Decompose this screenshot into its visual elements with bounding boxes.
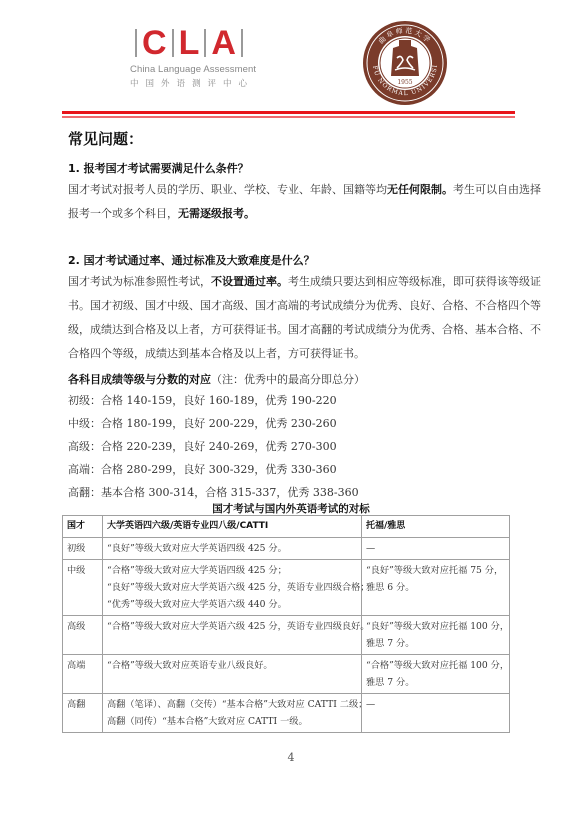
answer-2-line-4: 合格四个等级，成绩达到基本合格及以上者，方可获得证书。 bbox=[68, 342, 518, 366]
header-cell: 大学英语四六级/英语专业四八级/CATTI bbox=[103, 516, 362, 538]
score-line-high-end: 高端：合格 280-299，良好 300-329，优秀 330-360 bbox=[68, 461, 337, 477]
cet-cell: 高翻（笔译）、高翻（交传）“基本合格”大致对应 CATTI 二级； 高翻（同传）… bbox=[103, 694, 362, 733]
svg-text:1955: 1955 bbox=[397, 79, 412, 86]
answer-2-line-2: 书。国才初级、国才中级、国才高级、国才高端的考试成绩分为优秀、良好、合格、不合格… bbox=[68, 294, 518, 318]
page-number: 4 bbox=[0, 751, 582, 764]
logo-divider bbox=[204, 29, 206, 57]
cell-text: 高翻（同传）“基本合格”大致对应 CATTI 一级。 bbox=[107, 713, 357, 730]
cla-logo: C L A China Language Assessment 中国外语测评中心 bbox=[130, 26, 270, 96]
table-row: 高翻 高翻（笔译）、高翻（交传）“基本合格”大致对应 CATTI 二级； 高翻（… bbox=[63, 694, 510, 733]
cell-text: 雅思 7 分。 bbox=[366, 635, 505, 652]
answer-2-line-1: 国才考试为标准参照性考试，不设置通过率。考生成绩只要达到相应等级标准，即可获得该… bbox=[68, 270, 518, 294]
cell-text: — bbox=[366, 540, 505, 557]
logo-letter-c: C bbox=[142, 26, 167, 60]
level-cell: 初级 bbox=[63, 538, 103, 560]
table-header-row: 国才 大学英语四六级/英语专业四八级/CATTI 托福/雅思 bbox=[63, 516, 510, 538]
text: 考生成绩只要达到相应等级标准，即可获得该等级证 bbox=[288, 275, 541, 288]
level-cell: 高翻 bbox=[63, 694, 103, 733]
answer-2: 国才考试为标准参照性考试，不设置通过率。考生成绩只要达到相应等级标准，即可获得该… bbox=[68, 270, 518, 366]
cell-text: “良好”等级大致对应大学英语四级 425 分。 bbox=[107, 540, 357, 557]
cell-text: “合格”等级大致对应英语专业八级良好。 bbox=[107, 657, 357, 674]
toefl-cell: “良好”等级大致对应托福 75 分， 雅思 6 分。 bbox=[362, 560, 510, 616]
question-1: 1. 报考国才考试需要满足什么条件？ bbox=[68, 160, 249, 176]
header-cell: 国才 bbox=[63, 516, 103, 538]
header-cell: 托福/雅思 bbox=[362, 516, 510, 538]
toefl-cell: — bbox=[362, 538, 510, 560]
level-cell: 高级 bbox=[63, 616, 103, 655]
cell-text: — bbox=[366, 696, 505, 713]
answer-1-line-2: 报考一个或多个科目，无需逐级报考。 bbox=[68, 202, 518, 226]
logo-divider bbox=[172, 29, 174, 57]
score-heading: 各科目成绩等级与分数的对应（注：优秀中的最高分即总分） bbox=[68, 368, 365, 387]
logo-letter-l: L bbox=[179, 26, 200, 60]
cell-text: 高翻（笔译）、高翻（交传）“基本合格”大致对应 CATTI 二级； bbox=[107, 696, 357, 713]
question-2: 2. 国才考试通过率、通过标准及大致难度是什么？ bbox=[68, 252, 315, 268]
cet-cell: “合格”等级大致对应大学英语六级 425 分，英语专业四级良好。 bbox=[103, 616, 362, 655]
toefl-cell: “合格”等级大致对应托福 100 分， 雅思 7 分。 bbox=[362, 655, 510, 694]
score-line-intermediate: 中级：合格 180-199，良好 200-229，优秀 230-260 bbox=[68, 415, 337, 431]
cell-text: 雅思 7 分。 bbox=[366, 674, 505, 691]
toefl-cell: “良好”等级大致对应托福 100 分， 雅思 7 分。 bbox=[362, 616, 510, 655]
logo-letter-a: A bbox=[211, 26, 236, 60]
cet-cell: “合格”等级大致对应大学英语四级 425 分； “良好”等级大致对应大学英语六级… bbox=[103, 560, 362, 616]
toefl-cell: — bbox=[362, 694, 510, 733]
cell-text: 雅思 6 分。 bbox=[366, 579, 505, 596]
page-title: 常见问题： bbox=[68, 128, 143, 149]
score-line-interpreting: 高翻：基本合格 300-314，合格 315-337，优秀 338-360 bbox=[68, 484, 359, 500]
logo-subtitle-cn: 中国外语测评中心 bbox=[130, 77, 270, 89]
score-heading-text: 各科目成绩等级与分数的对应 bbox=[68, 373, 211, 386]
text: 国才考试为标准参照性考试， bbox=[68, 275, 211, 288]
header-rule bbox=[62, 111, 515, 114]
table-title: 国才考试与国内外英语考试的对标 bbox=[0, 501, 582, 516]
cell-text: “良好”等级大致对应大学英语六级 425 分，英语专业四级合格； bbox=[107, 579, 357, 596]
score-line-advanced: 高级：合格 220-239，良好 240-269，优秀 270-300 bbox=[68, 438, 337, 454]
logo-divider bbox=[135, 29, 137, 57]
score-heading-note: （注：优秀中的最高分即总分） bbox=[211, 373, 365, 386]
cell-text: “合格”等级大致对应大学英语六级 425 分，英语专业四级良好。 bbox=[107, 618, 357, 635]
table-row: 初级 “良好”等级大致对应大学英语四级 425 分。 — bbox=[63, 538, 510, 560]
table-row: 高端 “合格”等级大致对应英语专业八级良好。 “合格”等级大致对应托福 100 … bbox=[63, 655, 510, 694]
text: 国才考试对报考人员的学历、职业、学校、专业、年龄、国籍等均 bbox=[68, 183, 387, 196]
university-seal-icon: 1955 QUFU NORMAL UNIVERSITY 曲阜师范大学 bbox=[359, 20, 451, 106]
table-row: 中级 “合格”等级大致对应大学英语四级 425 分； “良好”等级大致对应大学英… bbox=[63, 560, 510, 616]
level-cell: 高端 bbox=[63, 655, 103, 694]
score-line-beginner: 初级：合格 140-159，良好 160-189，优秀 190-220 bbox=[68, 392, 337, 408]
logo-divider bbox=[241, 29, 243, 57]
cet-cell: “合格”等级大致对应英语专业八级良好。 bbox=[103, 655, 362, 694]
cell-text: “良好”等级大致对应托福 75 分， bbox=[366, 562, 505, 579]
comparison-table: 国才 大学英语四六级/英语专业四八级/CATTI 托福/雅思 初级 “良好”等级… bbox=[62, 515, 510, 733]
cell-text: “合格”等级大致对应托福 100 分， bbox=[366, 657, 505, 674]
level-cell: 中级 bbox=[63, 560, 103, 616]
bold-text: 无需逐级报考。 bbox=[178, 207, 255, 220]
header-rule-thin bbox=[62, 116, 515, 118]
table-row: 高级 “合格”等级大致对应大学英语六级 425 分，英语专业四级良好。 “良好”… bbox=[63, 616, 510, 655]
answer-2-line-3: 级，成绩达到合格及以上者，方可获得证书。国才高翻的考试成绩分为优秀、合格、基本合… bbox=[68, 318, 518, 342]
text: 考生可以自由选择 bbox=[453, 183, 541, 196]
bold-text: 无任何限制。 bbox=[387, 183, 453, 196]
cell-text: “优秀”等级大致对应大学英语六级 440 分。 bbox=[107, 596, 357, 613]
answer-1-line-1: 国才考试对报考人员的学历、职业、学校、专业、年龄、国籍等均无任何限制。考生可以自… bbox=[68, 178, 518, 202]
cet-cell: “良好”等级大致对应大学英语四级 425 分。 bbox=[103, 538, 362, 560]
text: 报考一个或多个科目， bbox=[68, 207, 178, 220]
cell-text: “良好”等级大致对应托福 100 分， bbox=[366, 618, 505, 635]
answer-1: 国才考试对报考人员的学历、职业、学校、专业、年龄、国籍等均无任何限制。考生可以自… bbox=[68, 178, 518, 226]
cell-text: “合格”等级大致对应大学英语四级 425 分； bbox=[107, 562, 357, 579]
bold-text: 不设置通过率。 bbox=[211, 275, 288, 288]
cla-letters: C L A bbox=[130, 26, 270, 60]
logo-subtitle-en: China Language Assessment bbox=[130, 64, 270, 75]
